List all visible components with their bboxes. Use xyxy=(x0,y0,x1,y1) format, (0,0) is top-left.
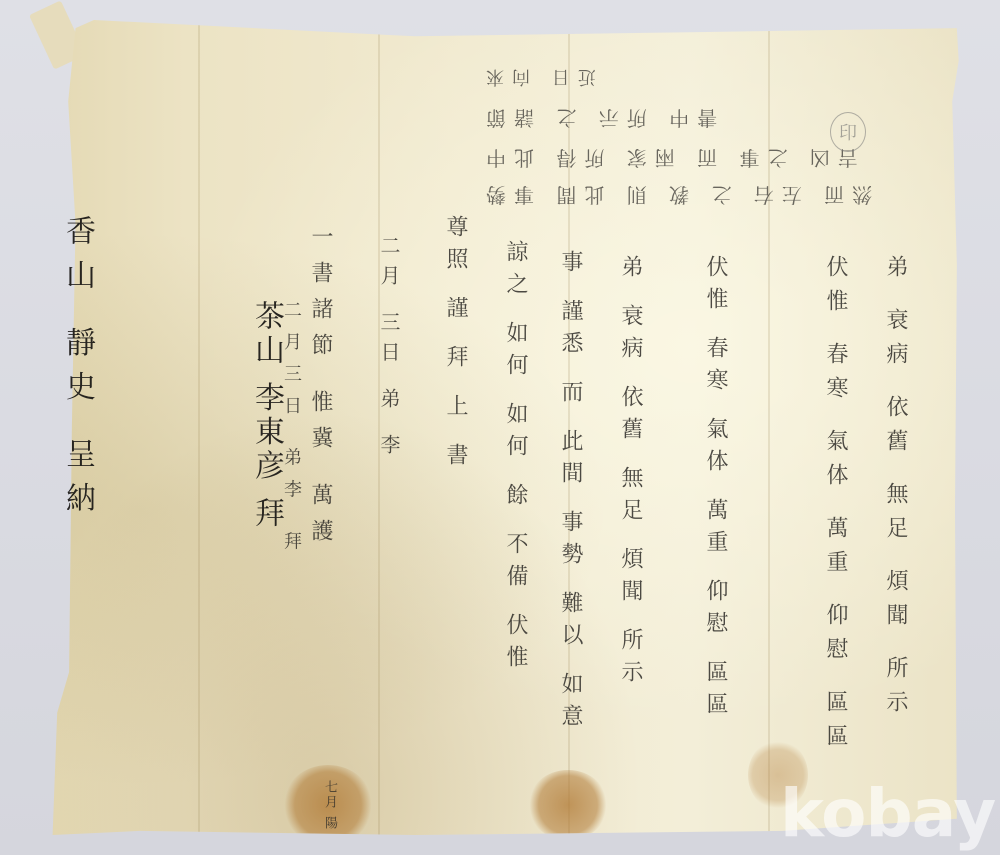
body-column: 弟 衰病 依舊 無足 煩聞 所示 xyxy=(615,255,646,692)
fold-line xyxy=(198,20,200,835)
fold-line xyxy=(768,20,770,835)
circular-seal-stamp: 印 xyxy=(830,112,866,152)
top-row: 書中 所示 之 諸節 xyxy=(478,105,717,134)
small-mark: 七月 陽 xyxy=(320,780,339,831)
recipient-line: 香山 靜史 呈納 xyxy=(55,215,99,526)
body-column: 弟 衰病 依舊 無足 煩聞 所示 xyxy=(880,255,911,724)
closing-line: 一書諸節 惟冀 萬護 xyxy=(305,225,336,555)
top-row: 然而 左右 之 教 則 此間 事勢 xyxy=(478,182,872,211)
top-row: 吉凶 之事 而 兩家 所得 此中 xyxy=(478,145,858,174)
postscript-line: 二月 三日 弟 李 xyxy=(375,235,404,464)
body-column: 尊照 謹 拜 上 書 xyxy=(440,215,471,475)
kobay-watermark: kobay xyxy=(780,775,995,852)
body-column: 諒之 如何 如何 餘 不備 伏惟 xyxy=(500,240,531,677)
body-column: 伏惟 春寒 氣体 萬重 仰慰 區區 xyxy=(820,255,851,758)
body-column: 伏惟 春寒 氣体 萬重 仰慰 區區 xyxy=(700,255,731,724)
water-stain xyxy=(528,770,608,840)
closing-line: 二月三日 弟李 拜 xyxy=(278,300,304,563)
body-column: 事 謹悉 而 此間 事勢 難以 如意 xyxy=(555,250,586,736)
top-row: 近日 向來 xyxy=(478,65,596,91)
